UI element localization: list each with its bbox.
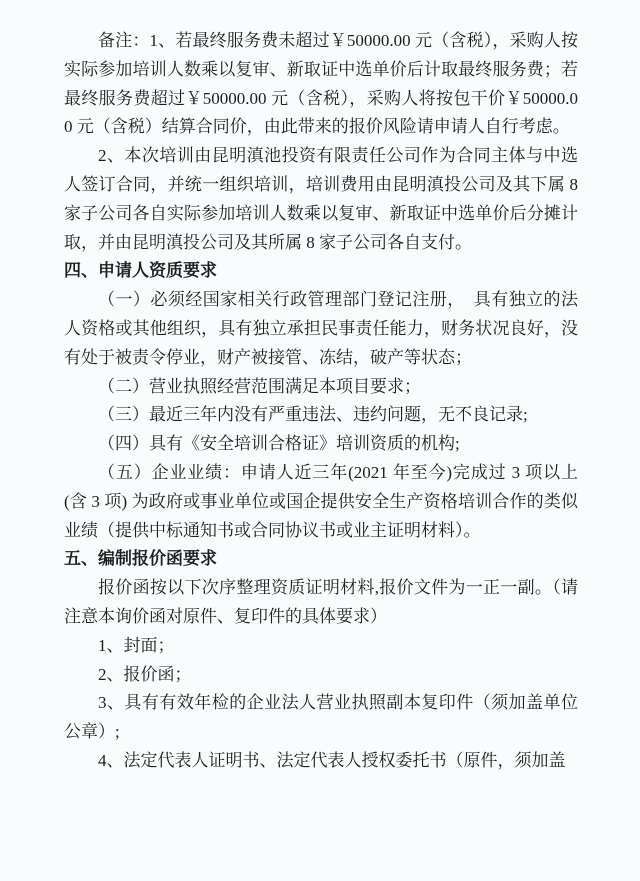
- note-paragraph-2: 2、本次培训由昆明滇池投资有限责任公司作为合同主体与中选人签订合同，并统一组织培…: [64, 142, 578, 257]
- section-5-heading: 五、编制报价函要求: [64, 545, 578, 574]
- quotation-item-3: 3、具有有效年检的企业法人营业执照副本复印件（须加盖单位公章）;: [64, 689, 578, 747]
- qualification-item-3: （三）最近三年内没有严重违法、违约问题，无不良记录;: [64, 401, 578, 430]
- quotation-item-2: 2、报价函；: [64, 661, 578, 690]
- section-4-heading: 四、申请人资质要求: [64, 257, 578, 286]
- qualification-item-2: （二）营业执照经营范围满足本项目要求；: [64, 373, 578, 402]
- qualification-item-4: （四）具有《安全培训合格证》培训资质的机构;: [64, 430, 578, 459]
- quotation-item-1: 1、封面；: [64, 632, 578, 661]
- note-paragraph-1: 备注：1、若最终服务费未超过￥50000.00 元（含税），采购人按实际参加培训…: [64, 27, 578, 142]
- qualification-item-1: （一）必须经国家相关行政管理部门登记注册， 具有独立的法人资格或其他组织，具有独…: [64, 286, 578, 372]
- qualification-item-5: （五）企业业绩：申请人近三年(2021 年至今)完成过 3 项以上(含 3 项)…: [64, 459, 578, 545]
- quotation-intro-paragraph: 报价函按以下次序整理资质证明材料,报价文件为一正一副。（请注意本询价函对原件、复…: [64, 574, 578, 632]
- quotation-item-4: 4、法定代表人证明书、法定代表人授权委托书（原件，须加盖: [64, 747, 578, 776]
- document-page: 备注：1、若最终服务费未超过￥50000.00 元（含税），采购人按实际参加培训…: [0, 0, 640, 881]
